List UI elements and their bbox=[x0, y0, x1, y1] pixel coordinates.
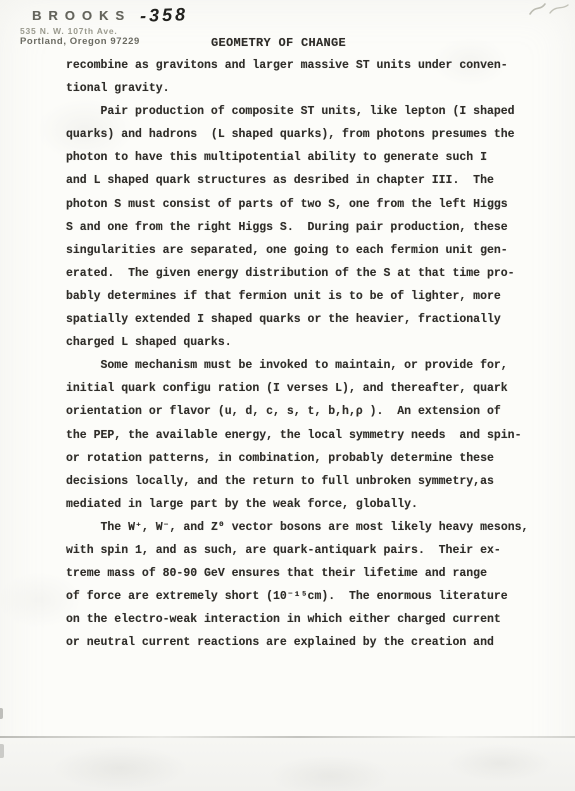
text-line: treme mass of 80-90 GeV ensures that the… bbox=[66, 562, 536, 585]
text-line: tional gravity. bbox=[66, 77, 536, 100]
text-line: singularities are separated, one going t… bbox=[66, 239, 536, 262]
text-line: spatially extended I shaped quarks or th… bbox=[66, 308, 536, 331]
text-line: initial quark configu ration (I verses L… bbox=[66, 377, 536, 400]
text-line: recombine as gravitons and larger massiv… bbox=[66, 54, 536, 77]
scanned-document-page: BROOKS -358 535 N. W. 107th Ave. Portlan… bbox=[0, 0, 575, 791]
text-line: of force are extremely short (10⁻¹⁵cm). … bbox=[66, 585, 536, 608]
text-line: bably determines if that fermion unit is… bbox=[66, 285, 536, 308]
scan-artifact bbox=[0, 708, 3, 719]
paper-bottom-shading bbox=[0, 738, 575, 791]
text-line: or rotation patterns, in combination, pr… bbox=[66, 447, 536, 470]
text-line: or neutral current reactions are explain… bbox=[66, 631, 536, 654]
typewritten-text: recombine as gravitons and larger massiv… bbox=[66, 54, 536, 654]
text-line: mediated in large part by the weak force… bbox=[66, 493, 536, 516]
text-line: photon S must consist of parts of two S,… bbox=[66, 193, 536, 216]
handwritten-number: -358 bbox=[139, 4, 188, 26]
text-line: and L shaped quark structures as desribe… bbox=[66, 169, 536, 192]
text-line: with spin 1, and as such, are quark-anti… bbox=[66, 539, 536, 562]
text-line: on the electro-weak interaction in which… bbox=[66, 608, 536, 631]
text-line: orientation or flavor (u, d, c, s, t, b,… bbox=[66, 400, 536, 423]
text-line: the PEP, the available energy, the local… bbox=[66, 424, 536, 447]
text-line: Pair production of composite ST units, l… bbox=[66, 100, 536, 123]
stamp-address-line1: 535 N. W. 107th Ave. bbox=[20, 27, 188, 37]
scan-artifact bbox=[0, 744, 4, 758]
text-line: The W⁺, W⁻, and Z⁰ vector bosons are mos… bbox=[66, 516, 536, 539]
text-line: photon to have this multipotential abili… bbox=[66, 146, 536, 169]
text-line: Some mechanism must be invoked to mainta… bbox=[66, 354, 536, 377]
text-line: charged L shaped quarks. bbox=[66, 331, 536, 354]
stamp-name: BROOKS bbox=[32, 9, 131, 24]
stamp-row: BROOKS -358 bbox=[20, 5, 188, 26]
page-title: GEOMETRY OF CHANGE bbox=[0, 36, 566, 50]
text-line: S and one from the right Higgs S. During… bbox=[66, 216, 536, 239]
text-line: quarks) and hadrons (L shaped quarks), f… bbox=[66, 123, 536, 146]
text-line: decisions locally, and the return to ful… bbox=[66, 470, 536, 493]
text-line: erated. The given energy distribution of… bbox=[66, 262, 536, 285]
pencil-mark bbox=[526, 1, 572, 19]
